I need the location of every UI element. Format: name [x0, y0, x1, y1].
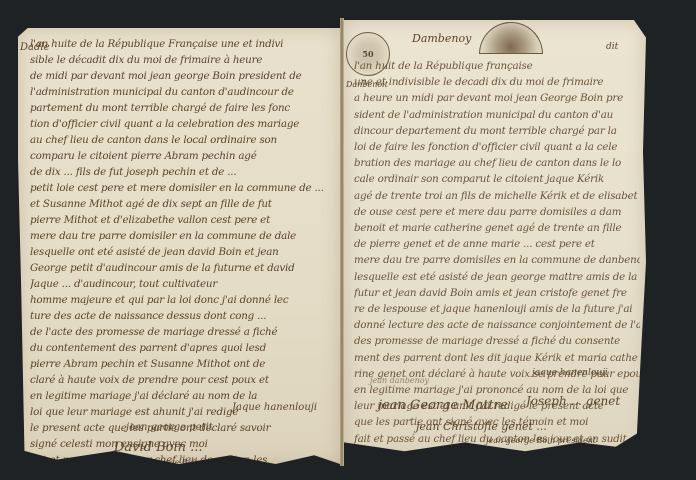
- manuscript-line: des promesse de mariage dressé a fiché d…: [354, 333, 640, 349]
- manuscript-line: de midi par devant moi jean george Boin …: [30, 68, 330, 84]
- manuscript-line: l'an huite de la République Française un…: [30, 36, 330, 52]
- manuscript-line: ture des acte de naissance dessus dont c…: [30, 308, 330, 324]
- manuscript-line: sident de l'administration municipal du …: [354, 107, 640, 123]
- manuscript-line: au chef lieu de canton dans le local ord…: [30, 132, 330, 148]
- manuscript-line: de l'acte des promesse de mariage dressé…: [30, 324, 330, 340]
- signature-jaque-hanenlouji: Jaque hanenlouji: [232, 402, 317, 413]
- manuscript-line: et Susanne Mithot agé de dix sept an fil…: [30, 196, 330, 212]
- manuscript-line: George petit d'audincour amis de la futu…: [30, 260, 330, 276]
- manuscript-line: ment des parrent dont les dit jaque Kéri…: [354, 350, 640, 366]
- signature-joseph-genet: Joseph ... genet: [526, 394, 620, 408]
- manuscript-line: agé de trente troi an fils de michelle K…: [354, 188, 640, 204]
- manuscript-line: l'administration municipal du canton d'a…: [30, 84, 330, 100]
- manuscript-line: Jaque ... d'audincour, tout cultivateur: [30, 276, 330, 292]
- manuscript-line: du contentement des parrent d'apres quoi…: [30, 340, 330, 356]
- signature-jean-george-petit: jean george petit: [126, 422, 213, 433]
- manuscript-line: tion d'officier civil quant a la celebra…: [30, 116, 330, 132]
- manuscript-line: mere dau tre parre domisiles en la commu…: [354, 252, 640, 268]
- manuscript-line: dincour departement du mont terrible cha…: [354, 123, 640, 139]
- manuscript-line: pierre Abram pechin et Susanne Mithot on…: [30, 356, 330, 372]
- manuscript-line: partement du mont terrible chargé de fai…: [30, 100, 330, 116]
- manuscript-line: a heure un midi par devant moi jean Geor…: [354, 90, 640, 106]
- manuscript-line: pierre Mithot et d'elizabethe vallon ces…: [30, 212, 330, 228]
- manuscript-line: benoit et marie catherine genet agé de t…: [354, 220, 640, 236]
- manuscript-line: loi de faire les fonction d'officier civ…: [354, 139, 640, 155]
- signature-jean-christofle-genet: jean Christofle genet ...: [416, 420, 547, 433]
- manuscript-line: une et indivisible le decadi dix du moi …: [354, 74, 640, 90]
- manuscript-line: claré à haute voix de prendre pour cest …: [30, 372, 330, 388]
- right-handwritten-text: l'an huit de la République françaiseune …: [354, 58, 640, 447]
- right-manuscript-page: 50 Danbenoit Dambenoy dit l'an huit de l…: [344, 20, 646, 460]
- signature-president: jean George Boin president: [130, 458, 241, 467]
- manuscript-line: de ouse cest pere et mere dau parre domi…: [354, 204, 640, 220]
- manuscript-line: sible le décadit dix du moi de frimaire …: [30, 52, 330, 68]
- manuscript-line: bration des mariage au chef lieu de cant…: [354, 155, 640, 171]
- page-fold: [340, 18, 344, 466]
- manuscript-line: mere dau tre parre domisiler en la commu…: [30, 228, 330, 244]
- manuscript-line: jeour et an sudit: [30, 468, 330, 480]
- eagle-embossed-seal-icon: [479, 22, 543, 54]
- manuscript-line: lesquelle ont eté asisté de jean david B…: [30, 244, 330, 260]
- manuscript-line: lesquelle est eté asisté de jean george …: [354, 269, 640, 285]
- signature-jean-george-mattre: jean George Mattre: [378, 398, 508, 413]
- right-page-header: Dambenoy: [412, 32, 471, 45]
- signature-david-boin: David Boin ...: [114, 440, 203, 455]
- manuscript-line: donné lecture des acte de naissance conj…: [354, 317, 640, 333]
- manuscript-line: l'an huit de la République française: [354, 58, 640, 74]
- manuscript-line: de dix ... fils de fut joseph pechin et …: [30, 164, 330, 180]
- signature-jean-danbenoy: jean danbenoy: [370, 376, 429, 385]
- left-manuscript-page: Dadle l'an huite de la République França…: [18, 28, 340, 464]
- manuscript-line: re de lespouse et jaque hanenlouji amis …: [354, 301, 640, 317]
- manuscript-line: comparu le citoient pierre Abram pechin …: [30, 148, 330, 164]
- manuscript-line: petit loie cest pere et mere domisiler e…: [30, 180, 330, 196]
- right-page-header-note: dit: [606, 42, 618, 52]
- signature-jaque-hanenlouji-right: jaque hanenlouji: [532, 368, 608, 378]
- left-handwritten-text: l'an huite de la République Française un…: [30, 36, 330, 480]
- manuscript-line: cale ordinair son comparut le citoient j…: [354, 171, 640, 187]
- manuscript-line: futur et jean david Boin amis et jean cr…: [354, 285, 640, 301]
- signature-president-right: jean george Boin president: [486, 436, 596, 445]
- manuscript-line: homme majeure et qui par la loi donc j'a…: [30, 292, 330, 308]
- manuscript-line: de pierre genet et de anne marie ... ces…: [354, 236, 640, 252]
